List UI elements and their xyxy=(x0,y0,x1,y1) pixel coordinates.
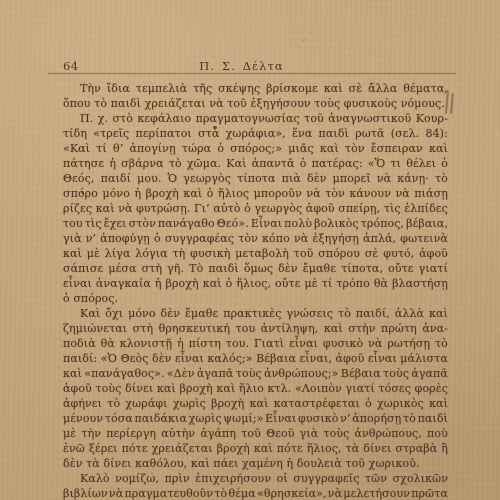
text-line: ρίζεςκαὶνὰφυτρώσῃ.Γι’αὐτὸὁγεωργὸςἀφοῦσπε… xyxy=(63,201,448,216)
body-text: Τὴνἴδιατεμπελιὰτῆςσκέψηςβρίσκομεκαὶσὲἄλλ… xyxy=(63,81,448,500)
text-line: Καλὸνομίζω,πρὶνἐπιχειρήσουνοἱσυγγραφεῖςτ… xyxy=(63,471,448,486)
ink-speck xyxy=(213,126,217,129)
running-title: Π. Σ. Δέλτα xyxy=(63,59,420,73)
text-line: μὲτὴνπερίεργηαὐτὴνἀγάπητοῦΘεοῦγιὰτοὺςἀνθ… xyxy=(63,426,448,441)
text-line: βιβλίωννὰπραγματευθοῦντὸθέμα«θρησκεία»,ν… xyxy=(63,486,448,500)
text-line: γιὰν’ἀποφύγῃὁσυγγραφέαςτὸνκόπονὰἐξηγήσῃἁ… xyxy=(63,231,448,246)
text-line: Τὴνἴδιατεμπελιὰτῆςσκέψηςβρίσκομεκαὶσὲἄλλ… xyxy=(63,81,448,96)
text-line: εἶναιἀναγκαίαἡβροχὴκαὶὁἥλιος,οὔτεμὲτίτρό… xyxy=(63,276,448,291)
text-line: δὲν τὰ δίνει καθόλου, καὶ πάει χαμένη ἡ … xyxy=(63,456,448,471)
text-line: Καὶὄχιμόνοδὲνἔμαθεπρακτικὲςγνώσειςτὸπαιδ… xyxy=(63,306,448,321)
text-line: καὶ«πανάγαθος».«Δὲνἀγαπᾶτοὺςἀνθρώπους;»Β… xyxy=(63,366,448,381)
text-line: τουτὶςἔχειστὸνπανάγαθοΘεό».Εἶναιπολὺβολι… xyxy=(63,216,448,231)
text-line: πάτησεἡσβάρνατὸχῶμα.Καὶἀπαντᾶὁπατέρας:«Ὅ… xyxy=(63,156,448,171)
text-line: ζημιώνεταιστὴθρησκευτικήτουἀντίληψη,καὶσ… xyxy=(63,321,448,336)
text-line: Θεός,παιδίμου.Ὁγεωργὸςτίποταπιὰδὲνμπορεῖ… xyxy=(63,171,448,186)
text-line: ποδιὰθὰκλονιστῇἡπίστητου.Γιατὶεἶναιφυσικ… xyxy=(63,336,448,351)
text-line: ἀφοῦτοὺςδίνεικαὶβροχὴκαὶἥλιοκτλ.«Λοιπὸνγ… xyxy=(63,381,448,396)
text-line: ὅπου τὸ παιδὶ χρειάζεται νὰ τοῦ ἐξηγήσου… xyxy=(63,96,448,111)
text-line: σάπισεμέσαστὴγῆ.Τὸπαιδὶὅμωςδὲνἔμαθετίποτ… xyxy=(63,261,448,276)
text-line: ὁ σπόρος. xyxy=(63,291,448,306)
header-rule xyxy=(48,73,456,74)
text-line: παιδί:«ὉΘεὸςδὲνεἶναικαλός;»Βέβαιαεἶναι,ἀ… xyxy=(63,351,448,366)
text-line: μένουντόσαπαιδάκιαχωρὶςψωμί;»Εἶναιφυσικὸ… xyxy=(63,411,448,426)
ink-speck xyxy=(303,39,305,41)
ink-speck xyxy=(81,191,84,194)
pencil-margin-mark xyxy=(450,93,453,114)
text-line: Π.χ.στὸκεφάλαιοπραγματογνωσίαςτοῦἀναγνωσ… xyxy=(63,111,448,126)
text-line: σπόρομόνοἡβροχὴκαὶὁἥλιοςμποροῦννὰτὸνκάνο… xyxy=(63,186,448,201)
text-line: «Καὶτίθ’ἀπογίνῃτώραὁσπόρος;»μιᾶςκαὶτὸνἔσ… xyxy=(63,141,448,156)
text-line: τίδη«τρεῖςπερίπατοιστὰχωράφια»,ἕναπαιδὶρ… xyxy=(63,126,448,141)
ink-speck xyxy=(151,472,153,474)
running-header: 64 Π. Σ. Δέλτα xyxy=(63,59,448,73)
text-line: καὶμὲλίγαλόγιατὴφυσικὴμεταβολὴτοῦσπόρουσ… xyxy=(63,246,448,261)
scanned-book-page: 64 Π. Σ. Δέλτα Τὴνἴδιατεμπελιὰτῆςσκέψηςβ… xyxy=(0,0,500,500)
text-line: ἀφήνειτὸχωράφιχωρὶςβροχὴκαὶκαταστρέφεται… xyxy=(63,396,448,411)
text-line: ἐνῶξέρειπότεχρειάζεταιβροχὴκαὶπότεἥλιος,… xyxy=(63,441,448,456)
